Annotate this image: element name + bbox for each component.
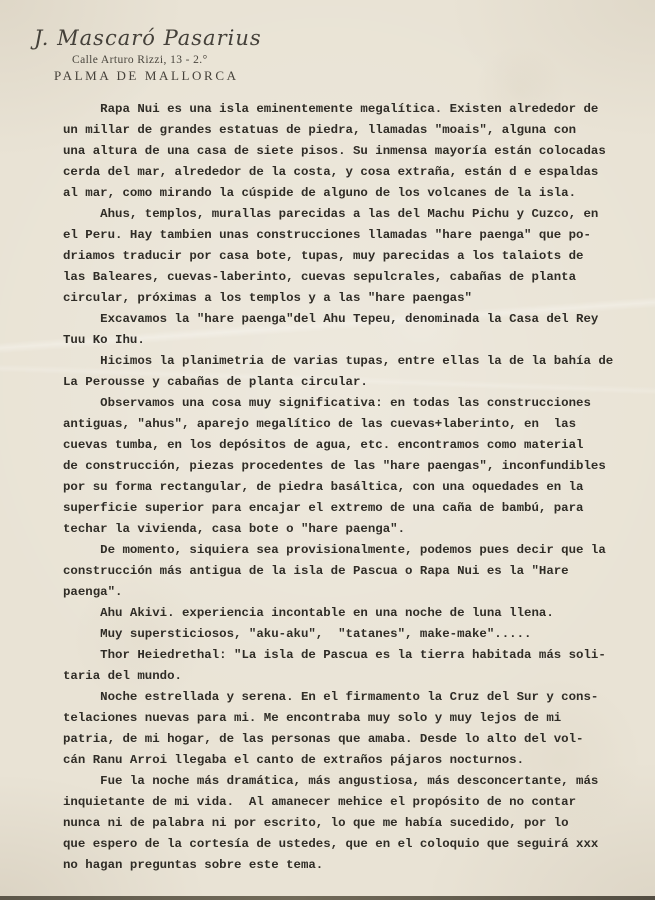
text-line: Observamos una cosa muy significativa: e… xyxy=(63,393,613,414)
text-line: patria, de mi hogar, de las personas que… xyxy=(63,729,613,750)
text-line: Ahus, templos, murallas parecidas a las … xyxy=(63,204,613,225)
text-line: las Baleares, cuevas-laberinto, cuevas s… xyxy=(63,267,613,288)
text-line: Rapa Nui es una isla eminentemente megal… xyxy=(63,99,613,120)
text-line: Excavamos la "hare paenga"del Ahu Tepeu,… xyxy=(63,309,613,330)
text-line: de construcción, piezas procedentes de l… xyxy=(63,456,613,477)
text-line: De momento, siquiera sea provisionalment… xyxy=(63,540,613,561)
letterhead: J. Mascaró Pasarius Calle Arturo Rizzi, … xyxy=(34,26,262,84)
text-line: La Perousse y cabañas de planta circular… xyxy=(63,372,613,393)
text-line: el Peru. Hay tambien unas construcciones… xyxy=(63,225,613,246)
text-line: no hagan preguntas sobre este tema. xyxy=(63,855,613,876)
text-line: que espero de la cortesía de ustedes, qu… xyxy=(63,834,613,855)
text-line: por su forma rectangular, de piedra basá… xyxy=(63,477,613,498)
text-line: Ahu Akivi. experiencia incontable en una… xyxy=(63,603,613,624)
text-line: telaciones nuevas para mi. Me encontraba… xyxy=(63,708,613,729)
text-line: paenga". xyxy=(63,582,613,603)
text-line: antiguas, "ahus", aparejo megalítico de … xyxy=(63,414,613,435)
text-line: un millar de grandes estatuas de piedra,… xyxy=(63,120,613,141)
text-line: Noche estrellada y serena. En el firmame… xyxy=(63,687,613,708)
text-line: cán Ranu Arroi llegaba el canto de extra… xyxy=(63,750,613,771)
text-line: inquietante de mi vida. Al amanecer mehi… xyxy=(63,792,613,813)
letter-body: Rapa Nui es una isla eminentemente megal… xyxy=(63,99,613,876)
text-line: taria del mundo. xyxy=(63,666,613,687)
scanned-letter-page: J. Mascaró Pasarius Calle Arturo Rizzi, … xyxy=(0,0,655,900)
text-line: Muy supersticiosos, "aku-aku", "tatanes"… xyxy=(63,624,613,645)
text-line: circular, próximas a los templos y a las… xyxy=(63,288,613,309)
text-line: construcción más antigua de la isla de P… xyxy=(63,561,613,582)
text-line: nunca ni de palabra ni por escrito, lo q… xyxy=(63,813,613,834)
text-line: Thor Heiedrethal: "La isla de Pascua es … xyxy=(63,645,613,666)
text-line: superficie superior para encajar el extr… xyxy=(63,498,613,519)
text-line: Tuu Ko Ihu. xyxy=(63,330,613,351)
letterhead-city: PALMA DE MALLORCA xyxy=(54,68,262,84)
text-line: cerda del mar, alrededor de la costa, y … xyxy=(63,162,613,183)
text-line: driamos traducir por casa bote, tupas, m… xyxy=(63,246,613,267)
text-line: Fue la noche más dramática, más angustio… xyxy=(63,771,613,792)
text-line: Hicimos la planimetria de varias tupas, … xyxy=(63,351,613,372)
text-line: al mar, como mirando la cúspide de algun… xyxy=(63,183,613,204)
letterhead-name: J. Mascaró Pasarius xyxy=(34,26,262,50)
text-line: techar la vivienda, casa bote o "hare pa… xyxy=(63,519,613,540)
letterhead-address: Calle Arturo Rizzi, 13 - 2.° xyxy=(72,54,262,66)
text-line: cuevas tumba, en los depósitos de agua, … xyxy=(63,435,613,456)
text-line: una altura de una casa de siete pisos. S… xyxy=(63,141,613,162)
